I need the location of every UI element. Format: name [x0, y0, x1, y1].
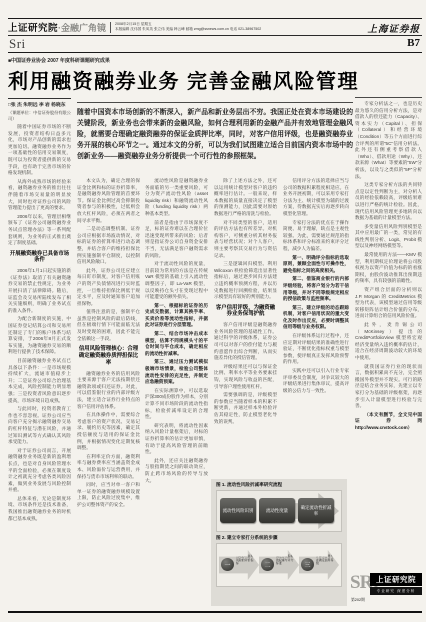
masthead-row-top: 上证研究院 ·金融广角镜 2008年2月15日 星期五 本版编辑 沈伟国 朱凤英…	[8, 19, 422, 36]
step-number-circle-1: 一	[221, 558, 234, 571]
masthead-info: 2008年2月15日 星期五 本版编辑 沈伟国 朱凤英 张立伟 美编 韩云峰 邮…	[115, 22, 261, 31]
paragraph: 第三、通过压力测试模拟极端市场情景，检验公司整体流动性安排的充足性，并制定应急融…	[145, 359, 208, 385]
paragraph: 融资融券业务的信用风险主要来源于客户无法按期偿还融资款项或归还证券。对此，可以借…	[77, 371, 140, 411]
sri-logo-tagline: 专业研究 深度分析	[370, 587, 422, 595]
paragraph: 总体来看，无论是制度环境、市场条件还是技术准备，我国推出融资融券业务的时机都已基…	[8, 496, 71, 522]
lead-top-rule	[77, 102, 353, 103]
section-logo-text: Sri	[9, 36, 26, 52]
page-number: B7	[407, 37, 420, 49]
paragraph: （本文有删节，全文见中国证券网 http://www.cnstock.com）	[355, 412, 422, 432]
date-line: 2008年2月15日 星期五	[115, 22, 152, 26]
paragraph: 本文认为，确定合理的保证金比例和标的证券折算率，是融资融券风险管理的首要环节。保…	[77, 178, 140, 224]
figure2-step-text-2: 确定各项指标的权重与评分标准	[276, 555, 294, 566]
body-column-3: 流动性风险是融资融券业务面临的另一类重要风险，可分为资产流动性风险（asset …	[145, 178, 208, 605]
figure2-diagram: 一 选取影响信用风险的评价指标 二 确定各项指标的权重与评分标准 三 计算综合得…	[216, 543, 342, 587]
paragraph: 第一、根据标的证券的历史成交数据，计算其换手率、买卖价差等流动性指标，并据此对证…	[145, 303, 208, 329]
paragraph: 随着中国证券市场的不断发展，投资者结构日益多元化，市场对产品创新的需求也更加迫切…	[8, 124, 71, 177]
sri-logo-issue: 第202期	[351, 598, 365, 603]
section-brand-sub: ·金融广角镜	[58, 21, 106, 34]
paragraph: 流动性风险是融资融券业务面临的另一类重要风险，可分为资产流动性风险（asset …	[145, 178, 208, 218]
body-column-5: 信用评分方法的选择应当与公司的数据积累程度相适应。在业务开展初期，可以采用专家打…	[283, 178, 349, 476]
paragraph: 此外，还应关注融资融券与股指期货之间的联动效应，防止跨市场风险的传导与放大。	[145, 458, 208, 484]
paragraph: 第二、借鉴商业银行的内部评级经验，将客户划分为若干信用等级，并对不同等级规定相应…	[283, 276, 349, 302]
step-number-circle-3: 三	[301, 558, 314, 571]
paragraph: 在具体操作中，需要综合考虑客户的资产状况、交易记录、履约历史等因素，确定其授信额…	[77, 412, 140, 452]
paragraph: 研究表明，将流动性因素纳入风险计量框架后，对标的证券折算率的估计更加审慎，有助于…	[145, 423, 208, 456]
paragraph: 在评级体系运行过程中，还应定期对评级结果的准确性进行验证，不断优化指标权重与模型…	[283, 333, 349, 366]
section-brand: 上证研究院	[8, 20, 58, 34]
paragraph: 与此同时，投资者教育工作也不容忽视。证券公司应当向客户充分揭示融资融券交易的杠杆…	[8, 406, 71, 446]
paragraph: 需要强调的是，评级模型的参数应当随着样本的积累不断更新，并通过样本外检验评估其稳…	[214, 392, 277, 425]
paragraph: 这类专家分析方法的共同特点是以定性判断为主，对分析人员的经验依赖较高，评级结果难…	[355, 182, 422, 222]
paragraph: 为配合新制度的实施，中国证券登记结算公司和交易所还制定了专门的账户体系与结算安排…	[8, 316, 71, 356]
paper-name: 上海证券报	[367, 21, 420, 35]
paragraph: 三是逻辑回归模型。利用 Wilcoxon 秩检验筛选出显著性指标后，通过逐步回归…	[214, 261, 277, 301]
headline: 利用融资融券业务 完善金融风险管理	[8, 65, 354, 94]
paragraph: 除了上述方法之外，还可以运用统计模型对客户的违约概率进行估计。一般来说，样本数据…	[214, 178, 277, 218]
figure2-step-arrow-1: 一 选取影响信用风险的评价指标	[219, 550, 259, 580]
paragraph: 二是动态调整机制。证券公司应根据市场波动情况，对标的证券的折算率进行动态调整，并…	[77, 226, 140, 266]
paragraph: 信用评分方法的选择应当与公司的数据积累程度相适应。在业务开展初期，可以采用专家打…	[283, 178, 349, 218]
figure2-step-text-3: 计算综合得分并确定信用等级	[316, 555, 334, 566]
paragraph: 第一、明确评分指标的选取原则，兼顾全面性与可操作性，避免指标之间的高度相关。	[283, 255, 349, 275]
body-column-1: 随着中国证券市场的不断发展，投资者结构日益多元化，市场对产品创新的需求也更加迫切…	[8, 124, 71, 605]
paragraph: 第二、结合市场冲击成本模型，估算不同规模头寸的平仓时间与平仓成本，确定相应的流动…	[145, 331, 208, 357]
figure2-title: 图 2. 建立专家打分系统的步骤	[216, 535, 347, 541]
paragraph: 在利率定价方面，融资利率与融券费率应当涵盖资金成本、风险溢价与运营费用，并保持与…	[77, 454, 140, 480]
column-subhead: 信用风险管理核心：合理确定融资融券质押担保比率	[77, 346, 140, 366]
byline-unit: （课题单位：中信证券股份有限公司）	[8, 110, 71, 122]
paragraph: 第三、建立评级的动态跟踪机制，对客户信用状况的重大变化及时作出反应，必要时调整其…	[283, 305, 349, 331]
body-column-2: 本文认为，确定合理的保证金比例和标的证券折算率，是融资融券风险管理的首要环节。保…	[77, 178, 140, 605]
lead-paragraph: 随着中国资本市场创新的不断深入，新产品和新业务层出不穷。我国正处在资本市场建设的…	[77, 107, 353, 165]
figure2-step-arrow-2: 二 确定各项指标的权重与评分标准	[259, 550, 299, 580]
sri-logo-name: 上证研究院	[370, 573, 422, 586]
paragraph: 前者是指由于市场深度不足，标的证券难以在合理价位迅速变现所带来的风险；后者则是指…	[145, 220, 208, 260]
paragraph: 对于流动性风险的度量，目前较为常用的方法是在传统 VaR 模型的基础上引入流动性…	[145, 261, 208, 301]
sri-logo: SRI 上证研究院 专业研究 深度分析 第202期	[350, 571, 422, 609]
paragraph: 专家分析法之一，也是历史最为悠久的信用分析方法，是对借款人的偿还能力（Capac…	[355, 101, 422, 180]
paragraph: 客户信用评级是融资融券业务风险管理的基础性工作。通过科学的评级体系，证券公司可以…	[214, 322, 277, 362]
paragraph: 同时，应当对单一客户和单一证券的融资融券规模设置上限，防止风险过度集中，维护公司…	[77, 482, 140, 508]
paragraph: 2006年以来，管理层相继颁布了《证券公司融资融券业务试点管理办法》等一系列配套…	[8, 214, 71, 247]
figure-panel: 图 1. 流动性风险折减率研究流程 流动性风险识别 流动性度量 确定流动性折减率…	[211, 479, 347, 606]
figure1-step-3: 确定流动性折减率	[298, 498, 334, 523]
figure2-step-arrow-3: 三 计算综合得分并确定信用等级	[299, 550, 339, 580]
column-subhead: 客户信用评级，为融资融券业务保驾护航	[214, 305, 277, 319]
paragraph: 资产组合层面的分析则以 J.P. Morgan 的 CreditMetrics …	[355, 287, 422, 320]
paragraph: 在实际测算中，可以选取沪深300成份股作为样本，分别计算不同市场阶段的流动性指标…	[145, 388, 208, 421]
paragraph: 专家打分法的优点在于操作简便、易于理解，缺点是主观性较强。为此，需要通过规范的指…	[283, 220, 349, 253]
paragraph: 从海外成熟市场的经验来看，融资融券业务的推出往往伴随着市场交易量的明显放大，同时…	[8, 179, 71, 212]
kicker: ■中国证券业协会 2007 年度科研课题研究成果	[8, 57, 110, 64]
figure1-step-2: 流动性度量	[259, 498, 295, 523]
figure1-step-1: 流动性风险识别	[220, 498, 256, 523]
paragraph: 多变量信用风险判别模型是其中应用最广的一类，常见的有线性判别分析、Logit、P…	[355, 224, 422, 250]
body-column-6: 专家分析法之一，也是历史最为悠久的信用分析方法，是对借款人的偿还能力（Capac…	[355, 101, 422, 568]
paragraph: 值得注意的是，强制平仓虽然是控制风险的最后防线，但在极端行情下可能面临无法及时变…	[77, 309, 140, 342]
paragraph: 此外，麦肯锡公司（McKinsey）提出的 CreditPortfolioVie…	[355, 322, 422, 362]
bottom-rule	[8, 611, 422, 613]
figure1-diagram: 流动性风险识别 流动性度量 确定流动性折减率	[216, 490, 342, 532]
paragraph: 对不同类型的客户，适用的评估方法也有所差异。对机构客户，可侧重分析其财务报表与经…	[214, 220, 277, 260]
paragraph: 评级结果还可以与保证金比例、利率水平等业务要素挂钩，实现风险与收益的匹配，引导客…	[214, 364, 277, 390]
byline-block: □张 杰 朱明远 李 岩 杨晓东 （课题单位：中信证券股份有限公司）	[8, 98, 71, 122]
paragraph: 最常使用的方法——KMV 模型，利用期权定价理论将公司股权视为以资产价值为标的的…	[355, 252, 422, 285]
body-column-4: 除了上述方法之外，还可以运用统计模型对客户的违约概率进行估计。一般来说，样本数据…	[214, 178, 277, 476]
figure2-step-text-1: 选取影响信用风险的评价指标	[236, 555, 254, 566]
masthead-row-bottom: Sri B7	[8, 36, 422, 52]
masthead-divider	[110, 22, 111, 33]
newspaper-page: 上证研究院 ·金融广角镜 2008年2月15日 星期五 本版编辑 沈伟国 朱凤英…	[0, 0, 426, 622]
paragraph: 就我国证券行业的现状而言，数据积累尚不充分，完全照搬国外模型并不现实。可行的路径…	[355, 364, 422, 410]
column-subhead: 开展融资融券已具备市场条件	[8, 251, 71, 265]
masthead: 上证研究院 ·金融广角镜 2008年2月15日 星期五 本版编辑 沈伟国 朱凤英…	[8, 18, 422, 53]
paragraph: 2006年1月1日起实施的新《证券法》取消了有关融资融券交易的禁止性规定，为业务…	[8, 268, 71, 314]
paragraph: 此外，证券公司还应建立每日盯市制度，对客户信用账户的资产负债情况进行实时监控，一…	[77, 268, 140, 308]
byline-authors: □张 杰 朱明远 李 岩 杨晓东	[8, 101, 71, 108]
paragraph: 实践中还可以引入行业专家评审委员会制度，对争议较大的评级结果进行集体审议，提高评…	[283, 368, 349, 394]
figure1-title: 图 1. 流动性风险折减率研究流程	[216, 482, 347, 488]
step-number-circle-2: 二	[261, 558, 274, 571]
editor-info-line: 本版编辑 沈伟国 朱凤英 张立伟 美编 韩云峰 邮箱 zmg@ssnews.co…	[115, 27, 261, 31]
paragraph: 目前融资融券业务试点已具备以下条件：一是市场规模持续扩大，流通市值稳步上升；二是…	[8, 358, 71, 404]
figure1-steps: 流动性风险识别 流动性度量 确定流动性折减率	[220, 498, 334, 523]
right-col-top-rule	[355, 97, 422, 98]
paragraph: 对于证券公司而言，开展融资融券业务既是新的盈利增长点，也是对自身风险管理水平的全…	[8, 448, 71, 494]
